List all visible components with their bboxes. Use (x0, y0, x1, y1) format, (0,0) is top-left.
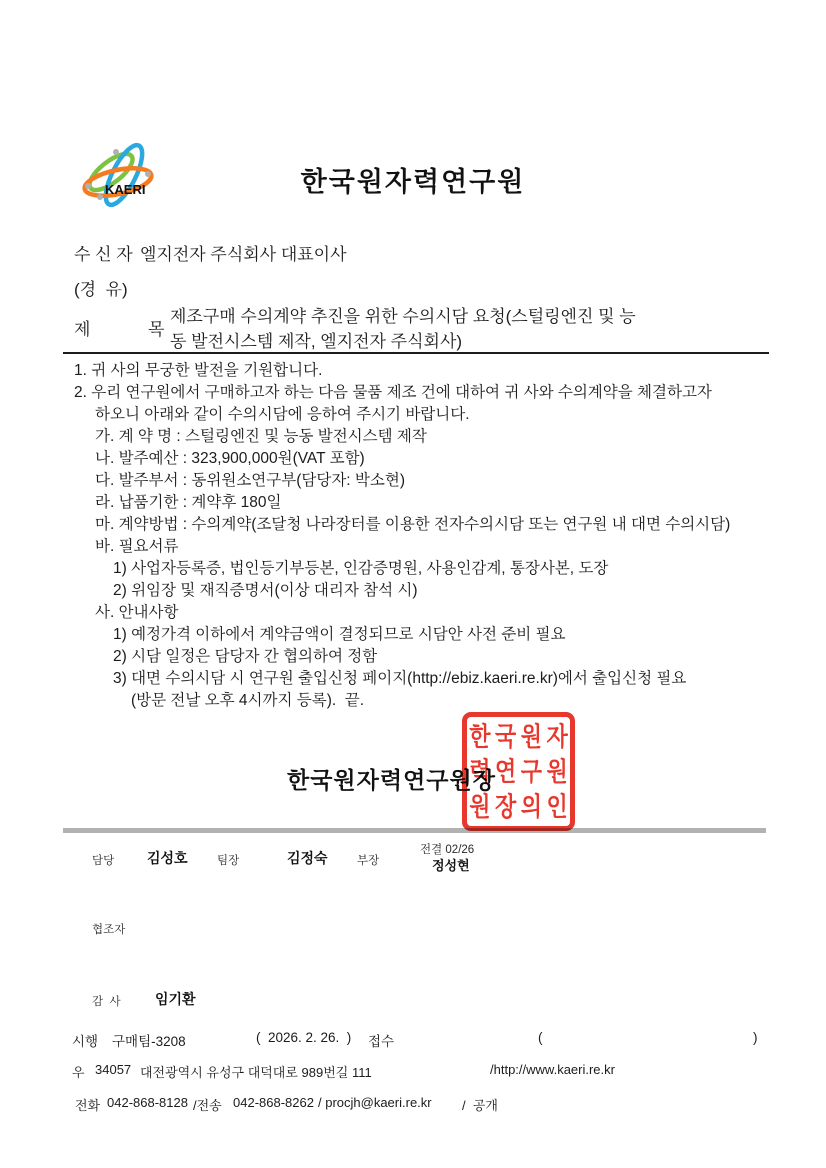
subject-divider-line (63, 352, 769, 354)
receipt-paren-open: ( (538, 1030, 543, 1045)
seal-character: 연 (493, 754, 518, 789)
body-line: 1) 사업자등록증, 법인등기부등본, 인감증명원, 사용인감계, 통장사본, … (74, 558, 774, 580)
seal-character: 장 (493, 789, 518, 824)
auditor-name: 임기환 (155, 989, 196, 1009)
seal-character: 한 (467, 719, 492, 754)
approval-staff-name: 김성호 (147, 848, 188, 868)
seal-character: 인 (545, 789, 570, 824)
seal-row: 력연구원 (467, 757, 570, 787)
approval-team-leader-name: 김정숙 (287, 848, 328, 868)
body-line: 2) 위임장 및 재직증명서(이상 대리자 참석 시) (74, 580, 774, 602)
fax-number: 042-868-8262 (233, 1095, 314, 1110)
seal-row: 원장의인 (467, 792, 570, 822)
seal-character: 국 (493, 719, 518, 754)
subject-label-second: 목 (148, 315, 164, 340)
issue-number: 구매팀-3208 (112, 1030, 186, 1050)
body-line: 1) 예정가격 이하에서 계약금액이 결정되므로 시담안 사전 준비 필요 (74, 624, 774, 646)
fax-label: /전송 (193, 1095, 222, 1114)
auditor-label: 감 사 (92, 993, 121, 1009)
approval-director-label: 부장 (357, 852, 379, 868)
seal-character: 원 (545, 754, 570, 789)
official-document-page: KAERI 한국원자력연구원 수 신 자 엘지전자 주식회사 대표이사 (경 유… (0, 0, 826, 1168)
body-line: 바. 필요서류 (74, 536, 774, 558)
body-line: 1. 귀 사의 무궁한 발전을 기원합니다. (74, 360, 774, 382)
email-text: / procjh@kaeri.re.kr (318, 1095, 432, 1110)
body-line: 다. 발주부서 : 동위원소연구부(담당자: 박소현) (74, 470, 774, 492)
seal-character: 구 (519, 754, 544, 789)
tel-number: 042-868-8128 (107, 1095, 188, 1110)
address-text: 대전광역시 유성구 대덕대로 989번길 111 (140, 1062, 372, 1081)
org-title: 한국원자력연구원 (0, 160, 826, 199)
official-seal: 한국원자력연구원원장의인 (462, 712, 575, 831)
approval-divider-bar (63, 828, 766, 833)
recipient-label: 수 신 자 (74, 240, 133, 265)
logo-node (113, 149, 119, 155)
body-line: 하오니 아래와 같이 수의시담에 응하여 주시기 바랍니다. (74, 404, 774, 426)
receipt-label: 접수 (368, 1030, 394, 1050)
seal-row: 한국원자 (467, 722, 570, 752)
issue-date: ( 2026. 2. 26. ) (256, 1030, 351, 1045)
website-url: /http://www.kaeri.re.kr (490, 1062, 615, 1077)
approval-staff-label: 담당 (92, 852, 114, 868)
disclosure-label: / 공개 (462, 1095, 498, 1114)
subject-label-first: 제 (74, 315, 90, 340)
body-line: 3) 대면 수의시담 시 연구원 출입신청 페이지(http://ebiz.ka… (74, 668, 774, 690)
body-line: 라. 납품기한 : 계약후 180일 (74, 492, 774, 514)
issue-label: 시행 (72, 1030, 98, 1050)
body-line: 2. 우리 연구원에서 구매하고자 하는 다음 물품 제조 건에 대하여 귀 사… (74, 382, 774, 404)
seal-character: 원 (467, 789, 492, 824)
body-text: 1. 귀 사의 무궁한 발전을 기원합니다.2. 우리 연구원에서 구매하고자 … (74, 360, 774, 712)
seal-character: 자 (545, 719, 570, 754)
seal-character: 의 (519, 789, 544, 824)
seal-character: 원 (519, 719, 544, 754)
body-line: 마. 계약방법 : 수의계약(조달청 나라장터를 이용한 전자수의시담 또는 연… (74, 514, 774, 536)
seal-character: 력 (467, 754, 492, 789)
approval-team-leader-label: 팀장 (217, 852, 239, 868)
recipient-value: 엘지전자 주식회사 대표이사 (140, 240, 347, 265)
body-line: 가. 계 약 명 : 스털링엔진 및 능동 발전시스템 제작 (74, 426, 774, 448)
via-label: (경 유) (74, 275, 128, 300)
subject-line2: 동 발전시스템 제작, 엘지전자 주식회사) (170, 327, 462, 352)
body-line: (방문 전날 오후 4시까지 등록). 끝. (74, 690, 774, 712)
subject-line1: 제조구매 수의계약 추진을 위한 수의시담 요청(스털링엔진 및 능 (170, 302, 636, 327)
tel-label: 전화 (75, 1095, 100, 1114)
zip-label: 우 (72, 1062, 85, 1081)
body-line: 2) 시담 일정은 담당자 간 협의하여 정함 (74, 646, 774, 668)
body-line: 나. 발주예산 : 323,900,000원(VAT 포함) (74, 448, 774, 470)
receipt-paren-close: ) (753, 1030, 758, 1045)
cooperator-label: 협조자 (92, 921, 125, 937)
body-line: 사. 안내사항 (74, 602, 774, 624)
zip-code: 34057 (95, 1062, 131, 1077)
approval-director-name: 정성현 (432, 855, 470, 874)
